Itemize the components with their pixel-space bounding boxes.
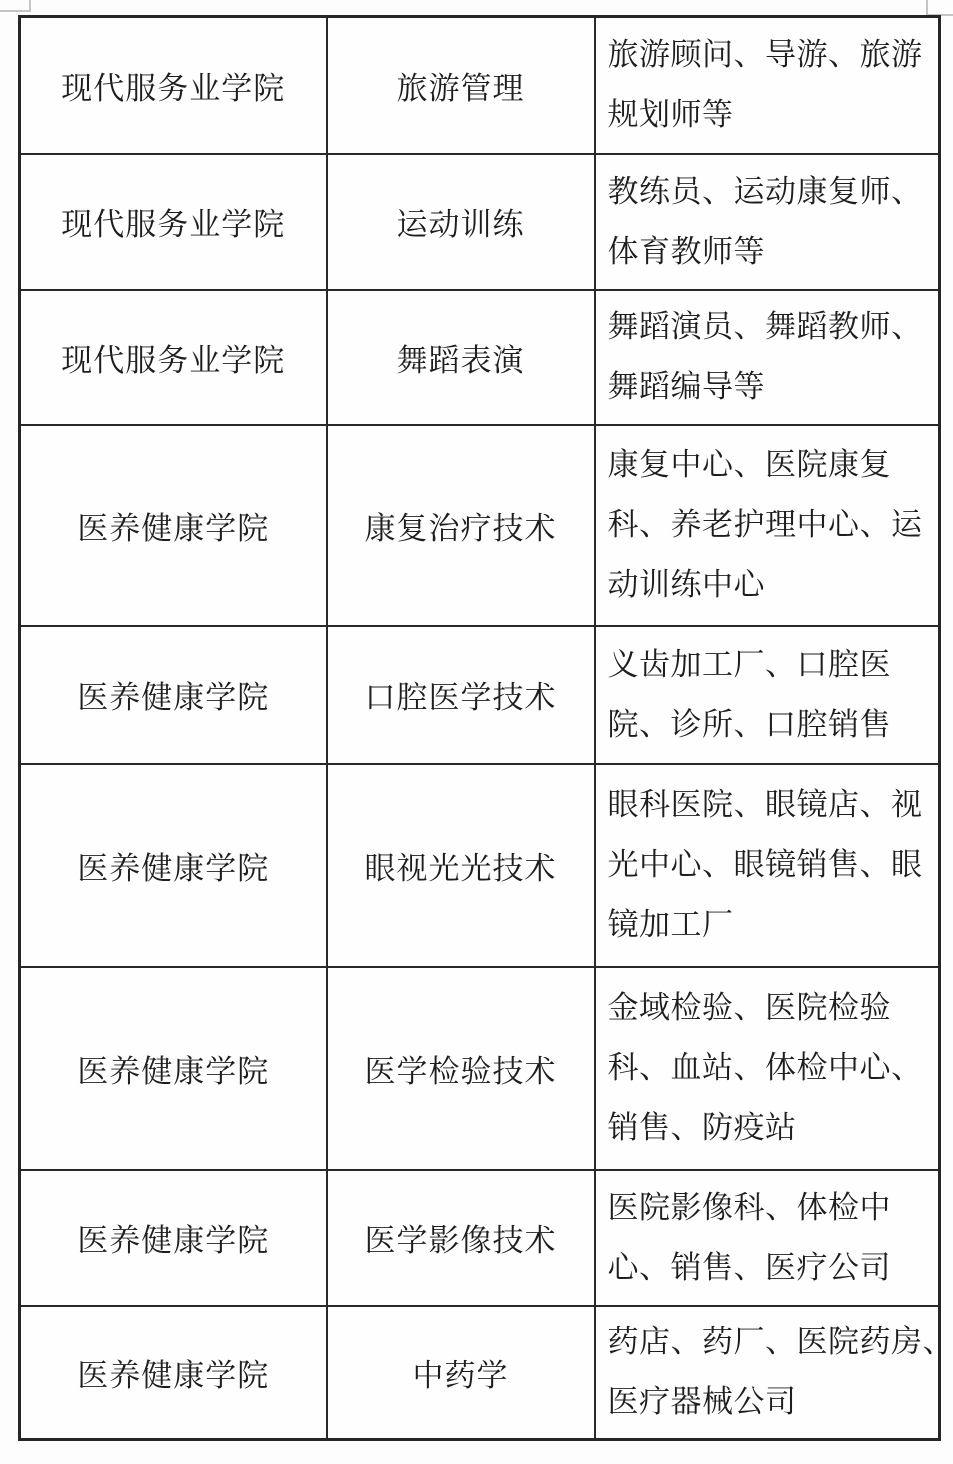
major-cell: 医学检验技术: [327, 967, 595, 1170]
careers-cell: 药店、药厂、医院药房、 医疗器械公司: [595, 1306, 940, 1440]
major-cell: 旅游管理: [327, 17, 595, 154]
careers-cell: 教练员、运动康复师、 体育教师等: [595, 154, 940, 290]
major-cell: 口腔医学技术: [327, 626, 595, 764]
major-cell: 眼视光光技术: [327, 764, 595, 967]
careers-cell: 义齿加工厂、口腔医 院、诊所、口腔销售: [595, 626, 940, 764]
cropped-table-fragment: [926, 0, 928, 15]
table-row: 医养健康学院 口腔医学技术 义齿加工厂、口腔医 院、诊所、口腔销售: [20, 626, 940, 764]
college-cell: 医养健康学院: [20, 1170, 327, 1306]
careers-cell: 医院影像科、体检中 心、销售、医疗公司: [595, 1170, 940, 1306]
table-row: 现代服务业学院 旅游管理 旅游顾问、导游、旅游 规划师等: [20, 17, 940, 154]
table-row: 医养健康学院 康复治疗技术 康复中心、医院康复 科、养老护理中心、运 动训练中心: [20, 425, 940, 626]
college-cell: 现代服务业学院: [20, 290, 327, 425]
major-cell: 舞蹈表演: [327, 290, 595, 425]
college-cell: 医养健康学院: [20, 967, 327, 1170]
major-cell: 运动训练: [327, 154, 595, 290]
college-cell: 现代服务业学院: [20, 17, 327, 154]
college-major-careers-table: 现代服务业学院 旅游管理 旅游顾问、导游、旅游 规划师等 现代服务业学院 运动训…: [18, 15, 941, 1441]
college-cell: 医养健康学院: [20, 764, 327, 967]
major-cell: 康复治疗技术: [327, 425, 595, 626]
cropped-table-fragment: [0, 10, 31, 12]
careers-cell: 眼科医院、眼镜店、视 光中心、眼镜销售、眼 镜加工厂: [595, 764, 940, 967]
college-cell: 医养健康学院: [20, 1306, 327, 1440]
table-row: 医养健康学院 医学影像技术 医院影像科、体检中 心、销售、医疗公司: [20, 1170, 940, 1306]
careers-cell: 康复中心、医院康复 科、养老护理中心、运 动训练中心: [595, 425, 940, 626]
careers-cell: 舞蹈演员、舞蹈教师、 舞蹈编导等: [595, 290, 940, 425]
scanned-document-page: 现代服务业学院 旅游管理 旅游顾问、导游、旅游 规划师等 现代服务业学院 运动训…: [0, 0, 953, 1464]
cropped-table-fragment: [29, 0, 31, 12]
major-cell: 中药学: [327, 1306, 595, 1440]
careers-cell: 旅游顾问、导游、旅游 规划师等: [595, 17, 940, 154]
college-cell: 现代服务业学院: [20, 154, 327, 290]
careers-cell: 金域检验、医院检验 科、血站、体检中心、 销售、防疫站: [595, 967, 940, 1170]
college-cell: 医养健康学院: [20, 425, 327, 626]
table-row: 现代服务业学院 舞蹈表演 舞蹈演员、舞蹈教师、 舞蹈编导等: [20, 290, 940, 425]
table-row: 现代服务业学院 运动训练 教练员、运动康复师、 体育教师等: [20, 154, 940, 290]
major-cell: 医学影像技术: [327, 1170, 595, 1306]
table-row: 医养健康学院 医学检验技术 金域检验、医院检验 科、血站、体检中心、 销售、防疫…: [20, 967, 940, 1170]
table-row: 医养健康学院 中药学 药店、药厂、医院药房、 医疗器械公司: [20, 1306, 940, 1440]
college-cell: 医养健康学院: [20, 626, 327, 764]
table-row: 医养健康学院 眼视光光技术 眼科医院、眼镜店、视 光中心、眼镜销售、眼 镜加工厂: [20, 764, 940, 967]
